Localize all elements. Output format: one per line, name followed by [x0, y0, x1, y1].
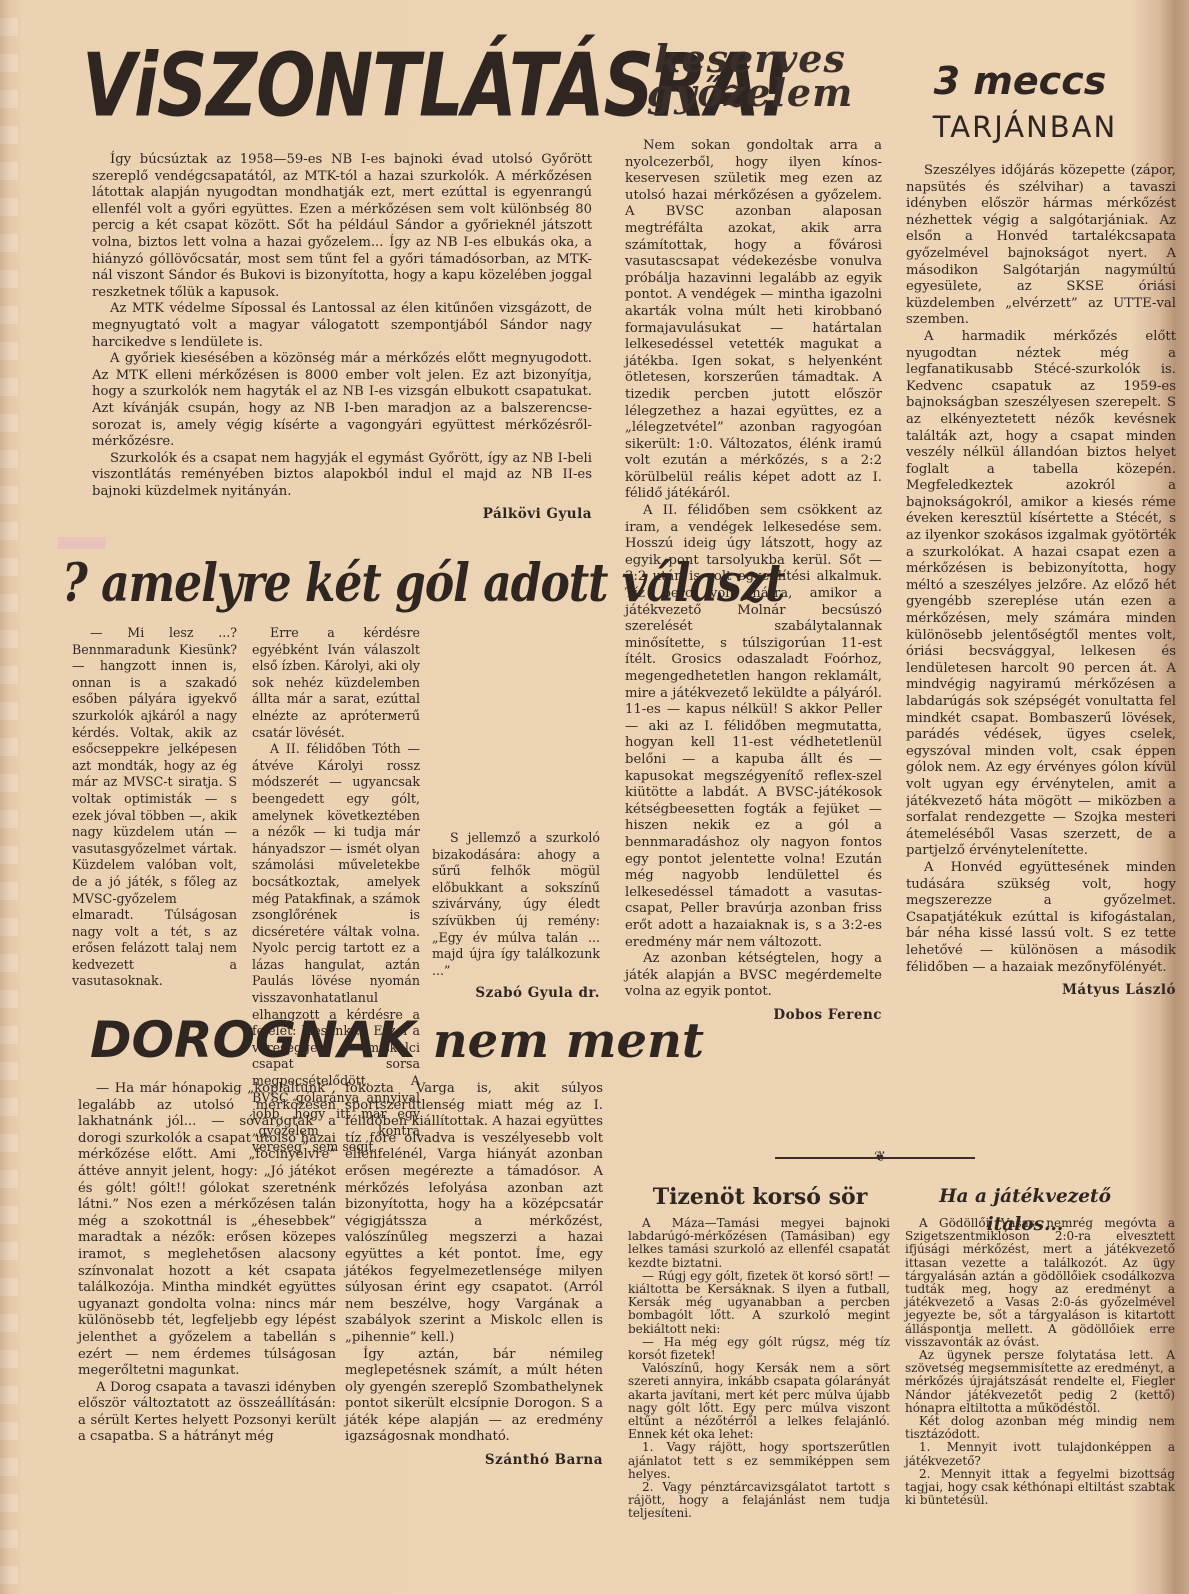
article-viszontlatasra-body: Így búcsúztak az 1958—59-es NB I-es bajn… — [92, 152, 592, 523]
paragraph: Az azonban kétségtelen, hogy a játék ala… — [625, 951, 882, 1001]
paragraph: A Gödöllői Vasas nemrég megóvta a Sziget… — [905, 1217, 1175, 1349]
paragraph: Két dolog azonban még mindig nem tisztáz… — [905, 1415, 1175, 1441]
paragraph: A Dorog csapata a tavaszi idényben elősz… — [78, 1380, 336, 1446]
paragraph: A Máza—Tamási megyei bajnoki labdarúgó-m… — [628, 1217, 890, 1270]
article-tarjanban-body: Szeszélyes időjárás közepette (zápor, na… — [906, 163, 1176, 999]
headline-script: nem ment — [433, 1013, 704, 1069]
paragraph: 1. Mennyit ivott tulajdonképpen a játékv… — [905, 1441, 1175, 1467]
paragraph: Szurkolók és a csapat nem hagyják el egy… — [92, 451, 592, 501]
author-byline: Pálkövi Gyula — [92, 506, 592, 523]
paragraph: — Ha már hónapokig „koplaltunk”, legaláb… — [78, 1081, 336, 1380]
paragraph: — Rúgj egy gólt, fizetek öt korsó sört! … — [628, 1270, 890, 1336]
author-byline: Szabó Gyula dr. — [432, 985, 600, 1002]
paragraph: A Honvéd együttesének minden tudására sz… — [906, 860, 1176, 976]
paragraph: A győriek kiesésében a közönség már a mé… — [92, 351, 592, 451]
page-edge-decoration — [0, 0, 18, 1594]
headline-caps: DOROGNAK — [90, 1011, 415, 1069]
headline-tizenot-korso-sor: Tizenöt korsó sör — [635, 1183, 885, 1211]
article-italos-body: A Gödöllői Vasas nemrég megóvta a Sziget… — [905, 1217, 1175, 1507]
article-amelyre-col1: — Mi lesz ...? Bennmaradunk Kiesünk? — h… — [72, 625, 237, 990]
article-dorog-col1: — Ha már hónapokig „koplaltunk”, legaláb… — [78, 1081, 336, 1446]
paragraph: Az ügynek persze folytatása lett. A szöv… — [905, 1349, 1175, 1415]
paragraph: Nem sokan gondoltak arra a nyolcezerből,… — [625, 138, 882, 503]
paragraph: — Mi lesz ...? Bennmaradunk Kiesünk? — h… — [72, 625, 237, 990]
paragraph: 2. Vagy pénztárcavizsgálatot tartott s r… — [628, 1481, 890, 1521]
headline-3-meccs: 3 meccs — [905, 60, 1135, 102]
headline-keserves-gyozelem: keserves győzelem — [625, 42, 875, 110]
paragraph: Szeszélyes időjárás közepette (zápor, na… — [906, 163, 1176, 329]
article-amelyre-col3: S jellemző a szurkoló bizakodására: ahog… — [432, 830, 600, 1002]
paragraph: Erre a kérdésre egyébként Iván válaszolt… — [252, 625, 420, 741]
newspaper-page: ViSZONTLÁTÁSRA! Így búcsúztak az 1958—59… — [0, 0, 1189, 1594]
author-byline: Mátyus László — [906, 982, 1176, 999]
headline-tarjanban: TARJÁNBAN — [905, 110, 1145, 144]
author-byline: Szánthó Barna — [345, 1452, 603, 1469]
article-tizenot-body: A Máza—Tamási megyei bajnoki labdarúgó-m… — [628, 1217, 890, 1521]
headline-dorognak-nem-ment: DOROGNAK nem ment — [90, 1010, 610, 1071]
divider-ornament-icon: ❦ — [860, 1149, 900, 1165]
paragraph: 1. Vagy rájött, hogy sportszerűtlen aján… — [628, 1441, 890, 1481]
paragraph: 2. Mennyit ittak a fegyelmi bizottság ta… — [905, 1468, 1175, 1508]
paragraph: Így aztán, bár némileg meglepetésnek szá… — [345, 1347, 603, 1447]
headline-amelyre-ket-gol: ? amelyre két gól adott választ — [62, 548, 602, 620]
paragraph: S jellemző a szurkoló bizakodására: ahog… — [432, 830, 600, 979]
paragraph: — Ha még egy gólt rúgsz, még tíz korsót … — [628, 1336, 890, 1362]
article-amelyre-col2: Erre a kérdésre egyébként Iván válaszolt… — [252, 625, 420, 1156]
paragraph: fokozta Varga is, akit súlyos sportszerű… — [345, 1081, 603, 1347]
headline-viszontlatasra: ViSZONTLÁTÁSRA! — [82, 38, 602, 133]
paragraph: Az MTK védelme Sípossal és Lantossal az … — [92, 301, 592, 351]
paragraph: A harmadik mérkőzés előtt nyugodtan nézt… — [906, 329, 1176, 860]
article-dorog-col2: fokozta Varga is, akit súlyos sportszerű… — [345, 1081, 603, 1469]
paragraph: Így búcsúztak az 1958—59-es NB I-es bajn… — [92, 152, 592, 301]
headline-line: győzelem — [625, 76, 875, 110]
paragraph: Valószínű, hogy Kersák nem a sört szeret… — [628, 1362, 890, 1441]
